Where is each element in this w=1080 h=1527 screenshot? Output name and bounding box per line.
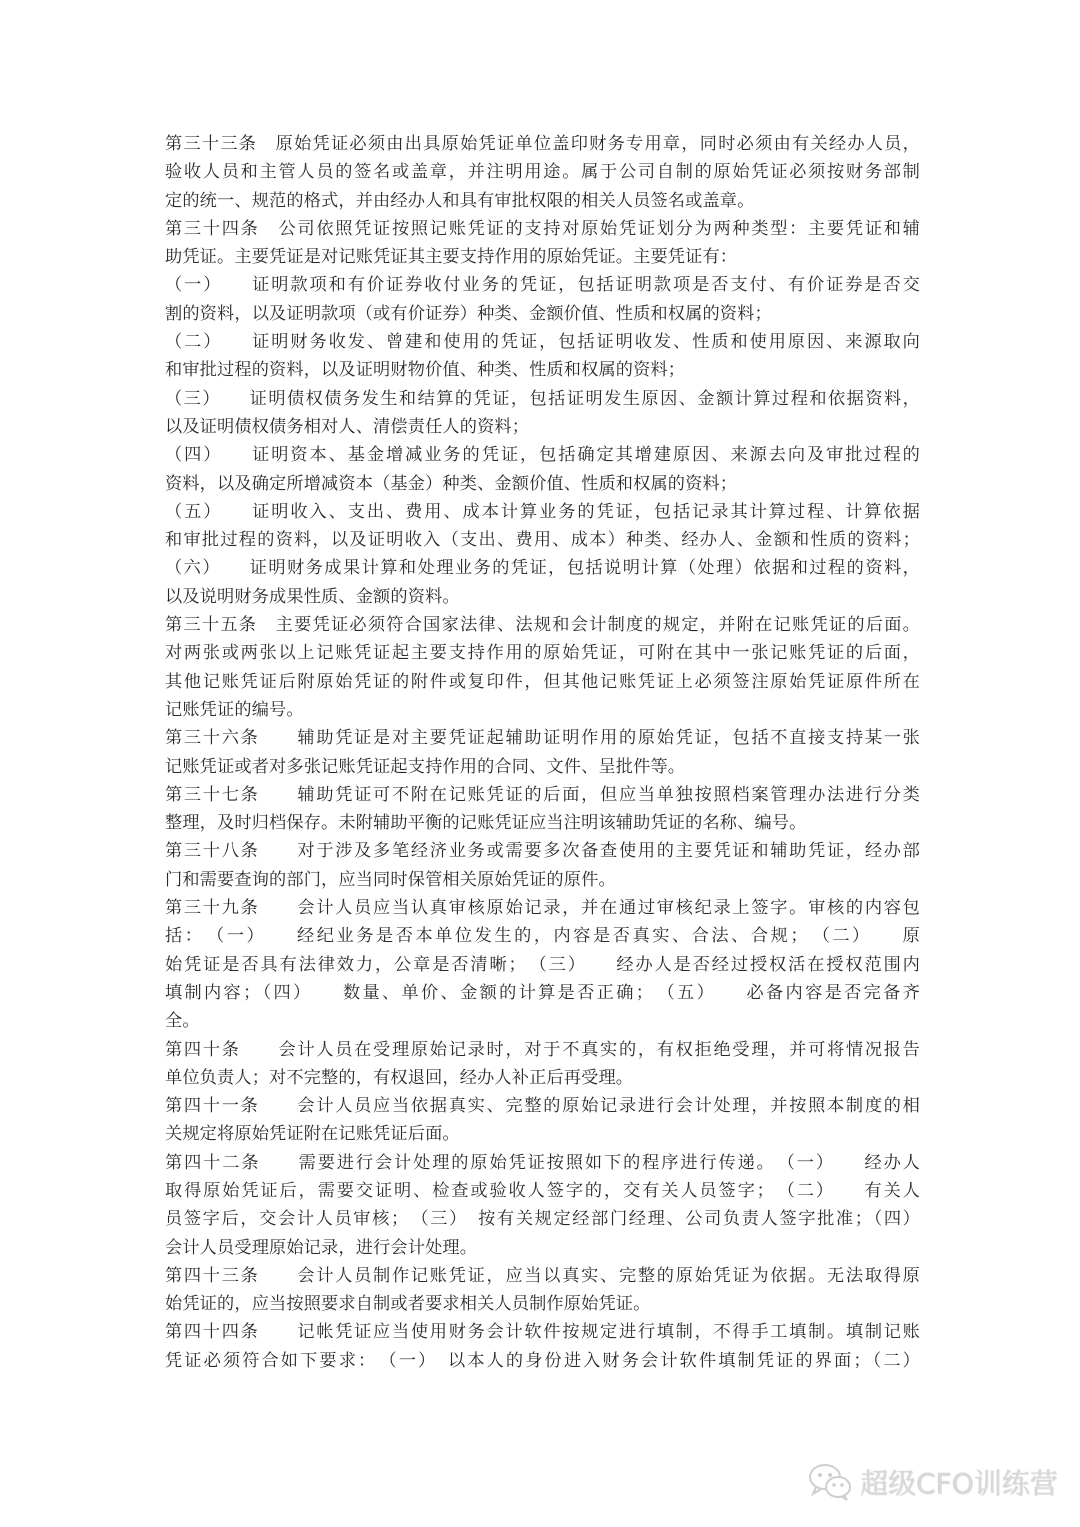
text-line: 第三十七条 辅助凭证可不附在记账凭证的后面，但应当单独按照档案管理办法进行分类: [165, 781, 920, 809]
text-line: 验收人员和主管人员的签名或盖章，并注明用途。属于公司自制的原始凭证必须按财务部制: [165, 158, 920, 186]
text-line: 第四十一条 会计人员应当依据真实、完整的原始记录进行会计处理，并按照本制度的相: [165, 1092, 920, 1120]
text-line: 第三十五条 主要凭证必须符合国家法律、法规和会计制度的规定，并附在记账凭证的后面…: [165, 611, 920, 639]
text-line: 第四十条 会计人员在受理原始记录时，对于不真实的，有权拒绝受理，并可将情况报告: [165, 1036, 920, 1064]
text-line: 资料，以及确定所增减资本（基金）种类、金额价值、性质和权属的资料；: [165, 470, 920, 498]
text-line: 助凭证。主要凭证是对记账凭证其主要支持作用的原始凭证。主要凭证有：: [165, 243, 920, 271]
text-line: 整理，及时归档保存。未附辅助平衡的记账凭证应当注明该辅助凭证的名称、编号。: [165, 809, 920, 837]
text-line: 门和需要查询的部门，应当同时保管相关原始凭证的原件。: [165, 866, 920, 894]
text-line: 全。: [165, 1007, 920, 1035]
text-line: 第三十三条 原始凭证必须由出具原始凭证单位盖印财务专用章，同时必须由有关经办人员…: [165, 130, 920, 158]
text-line: （一） 证明款项和有价证券收付业务的凭证，包括证明款项是否支付、有价证券是否交: [165, 271, 920, 299]
text-line: 定的统一、规范的格式，并由经办人和具有审批权限的相关人员签名或盖章。: [165, 187, 920, 215]
text-line: 记账凭证或者对多张记账凭证起支持作用的合同、文件、呈批件等。: [165, 753, 920, 781]
text-line: （二） 证明财务收发、曾建和使用的凭证，包括证明收发、性质和使用原因、来源取向: [165, 328, 920, 356]
watermark-text: 超级CFO训练营: [860, 1462, 1058, 1502]
text-line: 始凭证是否具有法律效力，公章是否清晰； （三） 经办人是否经过授权活在授权范围内: [165, 951, 920, 979]
text-line: 对两张或两张以上记账凭证起主要支持作用的原始凭证，可附在其中一张记账凭证的后面，: [165, 639, 920, 667]
text-line: 括： （一） 经纪业务是否本单位发生的，内容是否真实、合法、合规； （二） 原: [165, 922, 920, 950]
text-line: 凭证必须符合如下要求： （一） 以本人的身份进入财务会计软件填制凭证的界面；（二…: [165, 1347, 920, 1375]
text-line: 第三十六条 辅助凭证是对主要凭证起辅助证明作用的原始凭证，包括不直接支持某一张: [165, 724, 920, 752]
text-line: 会计人员受理原始记录，进行会计处理。: [165, 1234, 920, 1262]
text-line: 割的资料，以及证明款项（或有价证券）种类、金额价值、性质和权属的资料；: [165, 300, 920, 328]
text-line: 单位负责人；对不完整的，有权退回，经办人补正后再受理。: [165, 1064, 920, 1092]
text-line: 以及证明债权债务相对人、清偿责任人的资料；: [165, 413, 920, 441]
text-line: 和审批过程的资料，以及证明财物价值、种类、性质和权属的资料；: [165, 356, 920, 384]
text-line: （六） 证明财务成果计算和处理业务的凭证，包括说明计算（处理）依据和过程的资料，: [165, 554, 920, 582]
text-line: 第四十三条 会计人员制作记账凭证，应当以真实、完整的原始凭证为依据。无法取得原: [165, 1262, 920, 1290]
text-line: 第四十四条 记帐凭证应当使用财务会计软件按规定进行填制，不得手工填制。填制记账: [165, 1318, 920, 1346]
text-line: 和审批过程的资料，以及证明收入（支出、费用、成本）种类、经办人、金额和性质的资料…: [165, 526, 920, 554]
wechat-icon: [808, 1462, 854, 1502]
watermark: 超级CFO训练营: [808, 1462, 1058, 1502]
text-line: 第三十四条 公司依照凭证按照记账凭证的支持对原始凭证划分为两种类型：主要凭证和辅: [165, 215, 920, 243]
text-line: （三） 证明债权债务发生和结算的凭证，包括证明发生原因、金额计算过程和依据资料，: [165, 385, 920, 413]
text-line: 填制内容；（四） 数量、单价、金额的计算是否正确； （五） 必备内容是否完备齐: [165, 979, 920, 1007]
text-line: 以及说明财务成果性质、金额的资料。: [165, 583, 920, 611]
text-line: （五） 证明收入、支出、费用、成本计算业务的凭证，包括记录其计算过程、计算依据: [165, 498, 920, 526]
text-line: 其他记账凭证后附原始凭证的附件或复印件，但其他记账凭证上必须签注原始凭证原件所在: [165, 668, 920, 696]
text-line: 第四十二条 需要进行会计处理的原始凭证按照如下的程序进行传递。 （一） 经办人: [165, 1149, 920, 1177]
text-line: 记账凭证的编号。: [165, 696, 920, 724]
text-line: 第三十八条 对于涉及多笔经济业务或需要多次备查使用的主要凭证和辅助凭证，经办部: [165, 837, 920, 865]
text-line: 关规定将原始凭证附在记账凭证后面。: [165, 1120, 920, 1148]
document-page: 第三十三条 原始凭证必须由出具原始凭证单位盖印财务专用章，同时必须由有关经办人员…: [0, 0, 1080, 1527]
document-body: 第三十三条 原始凭证必须由出具原始凭证单位盖印财务专用章，同时必须由有关经办人员…: [165, 130, 920, 1375]
text-line: 员签字后，交会计人员审核； （三） 按有关规定经部门经理、公司负责人签字批准；（…: [165, 1205, 920, 1233]
text-line: 第三十九条 会计人员应当认真审核原始记录，并在通过审核纪录上签字。审核的内容包: [165, 894, 920, 922]
text-line: 取得原始凭证后，需要交证明、检查或验收人签字的，交有关人员签字； （二） 有关人: [165, 1177, 920, 1205]
text-line: 始凭证的，应当按照要求自制或者要求相关人员制作原始凭证。: [165, 1290, 920, 1318]
text-line: （四） 证明资本、基金增减业务的凭证，包括确定其增建原因、来源去向及审批过程的: [165, 441, 920, 469]
